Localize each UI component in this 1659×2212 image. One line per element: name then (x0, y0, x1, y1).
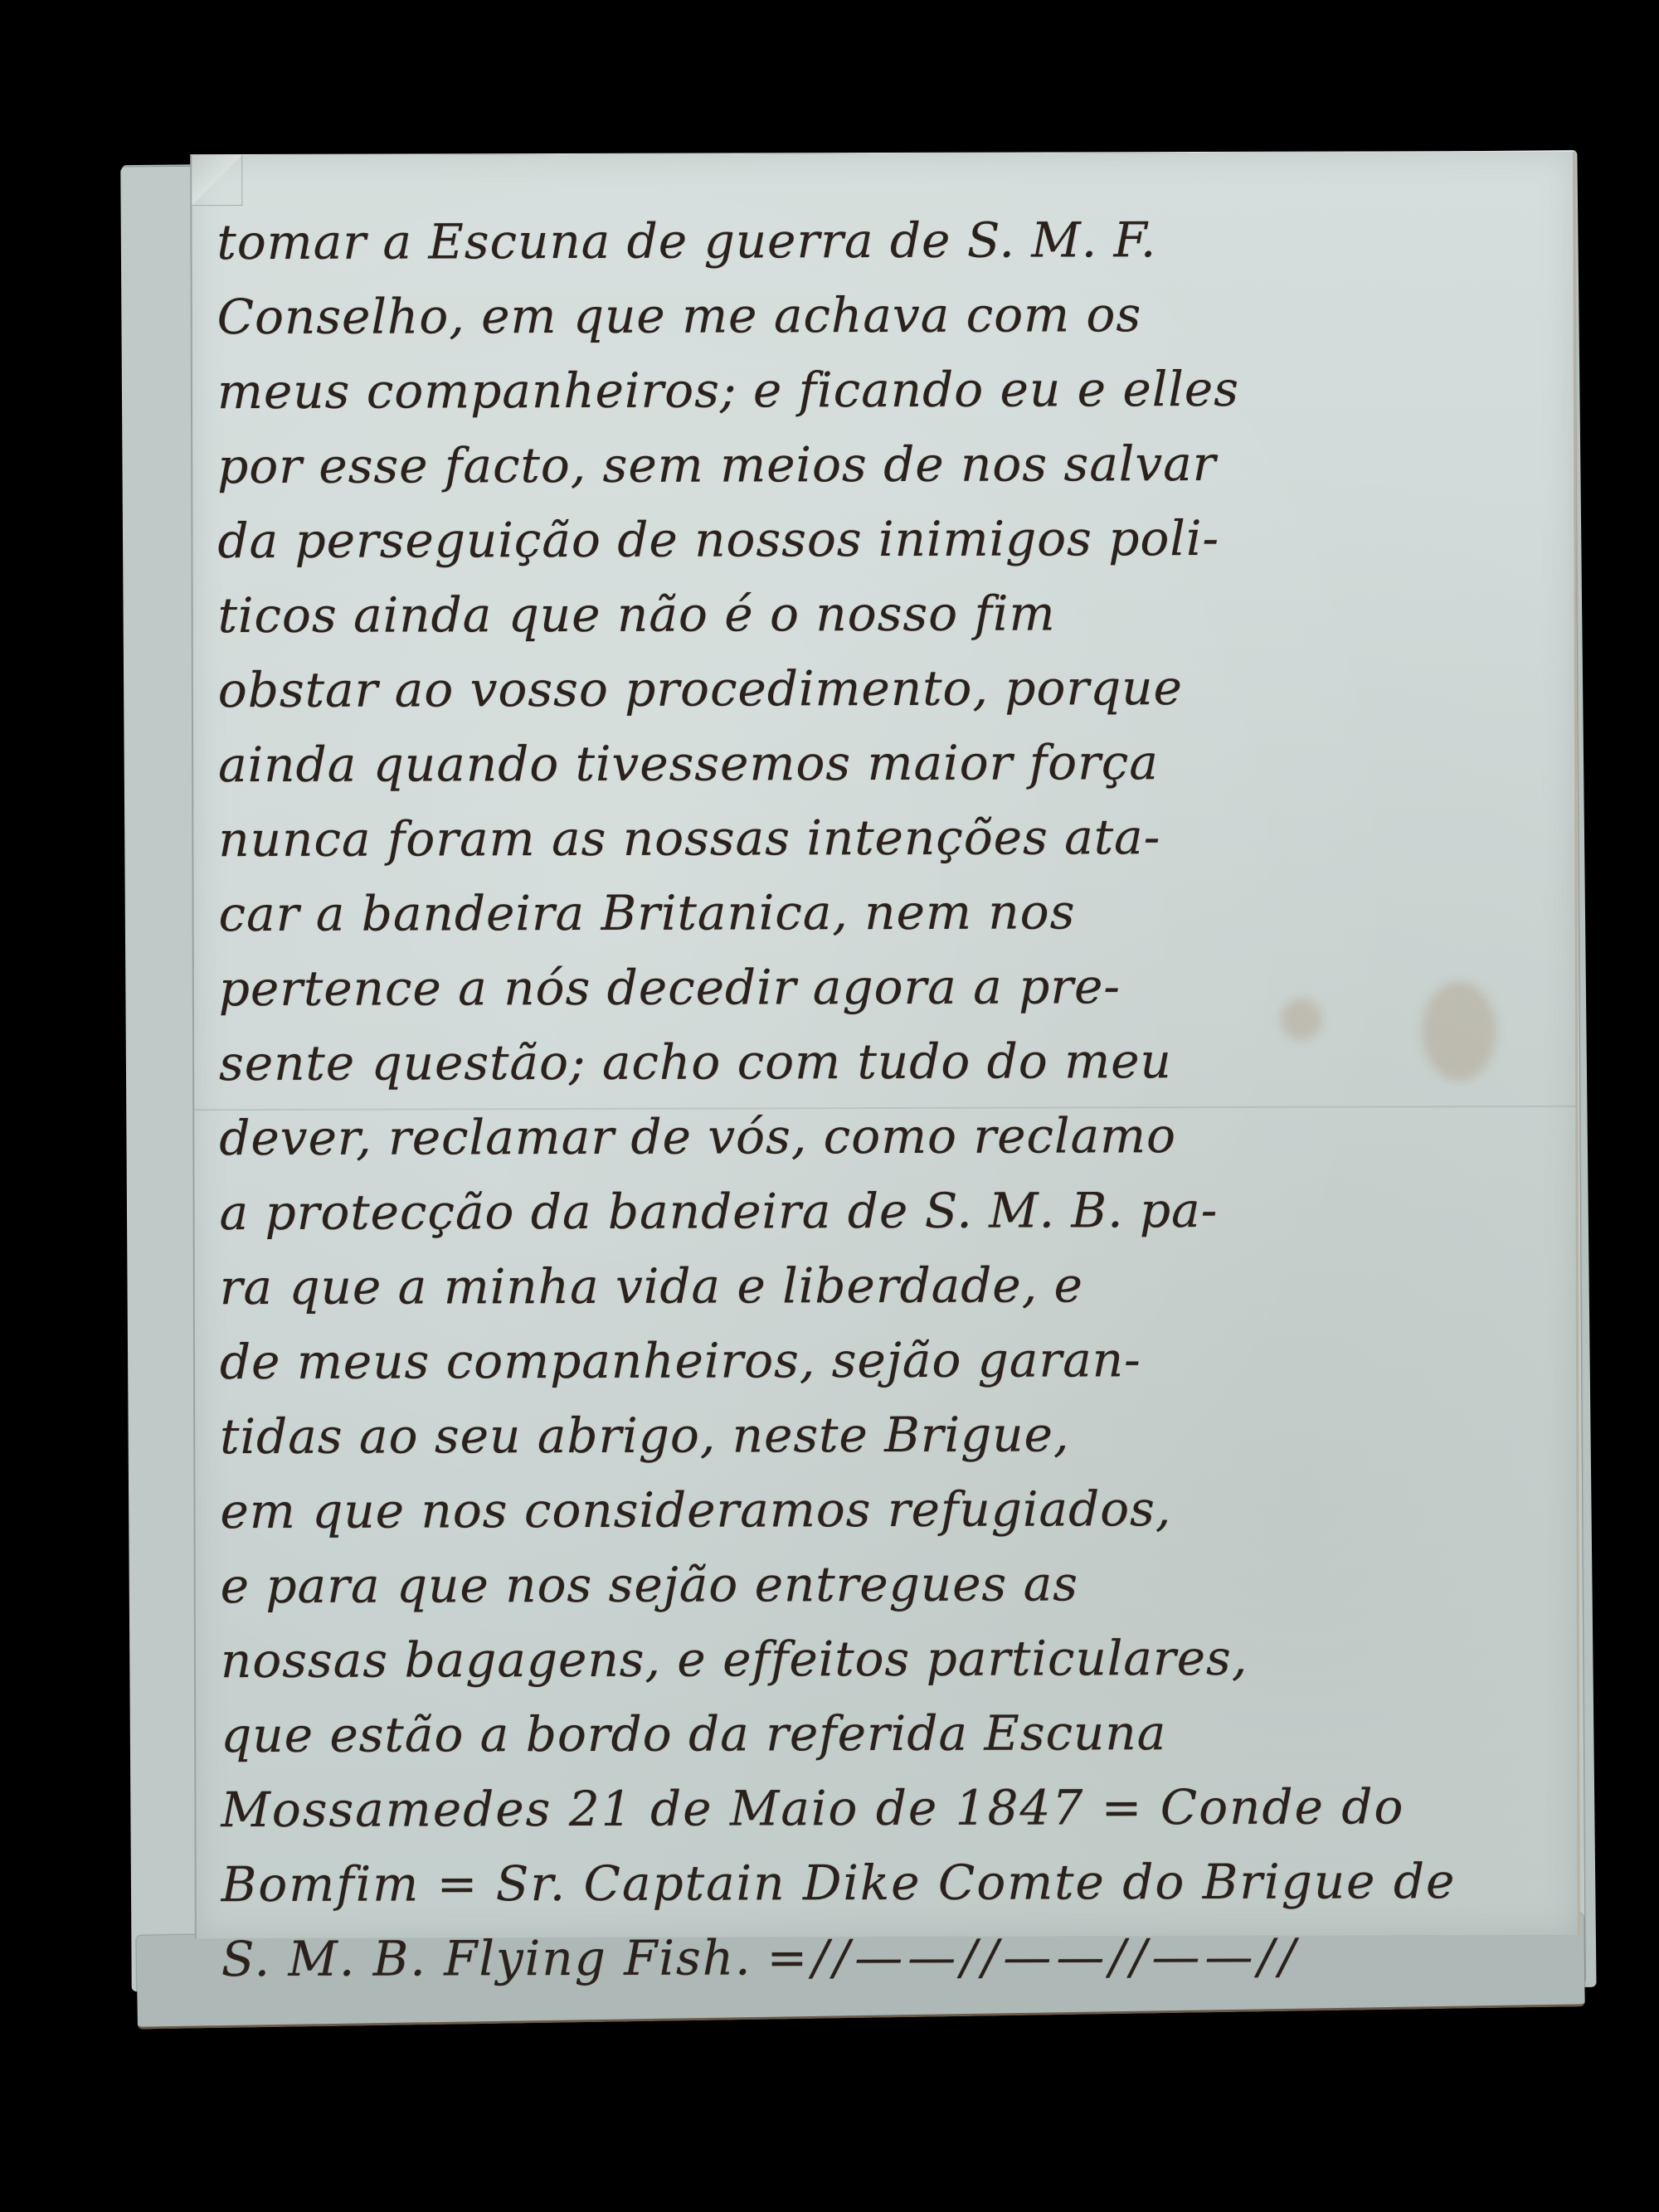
text-line: obstar ao vosso procedimento, porque (218, 649, 1550, 727)
text-line: a protecção da bandeira de S. M. B. pa- (219, 1172, 1550, 1250)
handwritten-text: tomar a Escuna de guerra de S. M. F. Con… (216, 202, 1553, 1996)
text-line: da perseguição de nossos inimigos poli- (217, 500, 1549, 578)
text-line: nossas bagagens, e effeitos particulares… (221, 1620, 1552, 1698)
text-line: por esse facto, sem meios de nos salvar (217, 425, 1549, 503)
text-line: ra que a minha vida e liberdade, e (220, 1247, 1551, 1325)
text-line: pertence a nós decedir agora a pre- (219, 948, 1550, 1026)
letter-page: tomar a Escuna de guerra de S. M. F. Con… (190, 151, 1580, 1938)
text-line: que estão a bordo da referida Escuna (221, 1694, 1552, 1772)
text-line: de meus companheiros, sejão garan- (220, 1321, 1551, 1399)
folded-corner (192, 155, 242, 206)
text-line: meus companheiros; e ficando eu e elles (217, 351, 1549, 429)
text-line: tidas ao seu abrigo, neste Brigue, (220, 1396, 1551, 1474)
text-line: tomar a Escuna de guerra de S. M. F. (216, 202, 1548, 280)
text-line: car a bandeira Britanica, nem nos (218, 873, 1550, 951)
text-line: sente questão; acho com tudo do meu (219, 1023, 1550, 1101)
closing-marks: =//——//——//——// (766, 1928, 1300, 1986)
ship-name: S. M. B. Flying Fish. (221, 1929, 752, 1987)
text-line: nunca foram as nossas intenções ata- (218, 799, 1550, 877)
text-line: e para que nos sejão entregues as (221, 1545, 1552, 1623)
addressee-line: Bomfim = Sr. Captain Dike Comte do Brigu… (221, 1844, 1553, 1922)
text-line: Conselho, em que me achava com os (217, 276, 1549, 354)
date-signature-line: Mossamedes 21 de Maio de 1847 = Conde do (221, 1769, 1552, 1847)
text-line: ainda quando tivessemos maior força (218, 724, 1550, 802)
text-line: em que nos consideramos refugiados, (220, 1471, 1551, 1548)
text-line: dever, reclamar de vós, como reclamo (219, 1097, 1550, 1175)
ship-name-line: S. M. B. Flying Fish.=//——//——//——// (221, 1918, 1553, 1996)
text-line: ticos ainda que não é o nosso fim (218, 575, 1550, 653)
